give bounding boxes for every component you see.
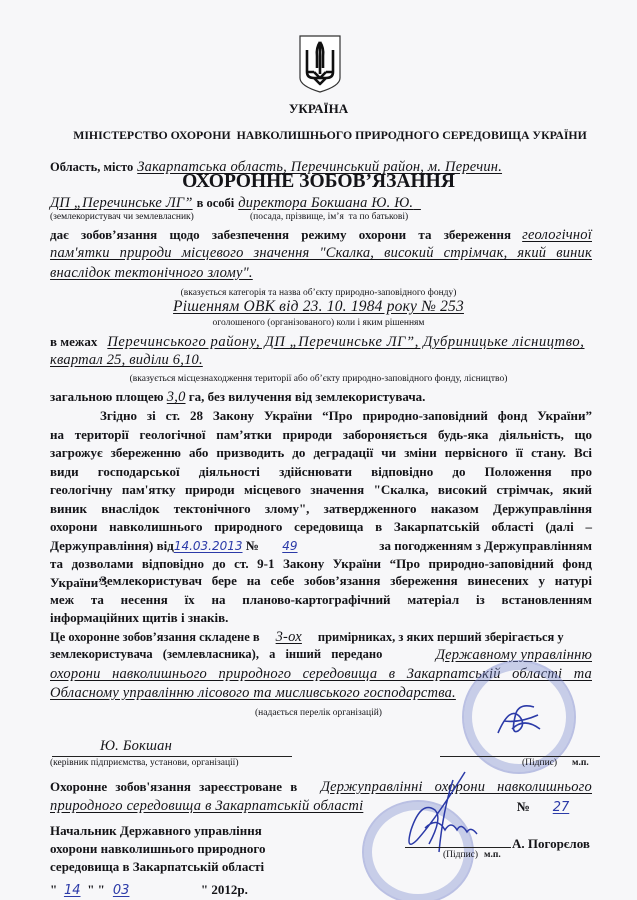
- head-signature-underline: [52, 756, 292, 757]
- paragraph-line: охорони навколишнього природного середов…: [50, 518, 592, 537]
- boundaries-paragraph: Землекористувач бере на себе зобов’язанн…: [50, 572, 592, 628]
- in-person-label: в особі: [197, 196, 235, 210]
- head-seal-label: м.п.: [572, 758, 589, 768]
- paragraph-line: інформаційних щитів і знаків.: [50, 609, 592, 628]
- head-signature-name: Ю. Бокшан: [100, 738, 172, 755]
- object-value-1: геологічної: [522, 226, 592, 245]
- handwritten-signature-1: [490, 695, 550, 740]
- trident-coat-of-arms-icon: [298, 34, 342, 94]
- head-sign-caption: (Підпис): [522, 758, 557, 768]
- obligation-line1: дає зобов’язання щодо забезпечення режим…: [50, 226, 592, 245]
- decision-caption: оголошеного (організованого) коли і яким…: [0, 318, 637, 328]
- chief-title-line: середовища в Закарпатській області: [50, 858, 265, 876]
- location-value-1: Перечинського району, ДП „Перечинське ЛГ…: [107, 334, 584, 350]
- registration-no-label: №: [517, 799, 530, 814]
- land-user-caption: (землекористувач чи землевласник): [50, 212, 194, 222]
- chief-date: "14" "03" 2012р.: [50, 882, 248, 898]
- date-month-handwritten: 03: [105, 883, 201, 898]
- registration-prefix: Охоронне зобов'язання зареєстроване в: [50, 779, 297, 796]
- order-suffix: за погодженням з Держуправлінням: [379, 537, 592, 556]
- chief-sign-line: [405, 847, 511, 848]
- paragraph-line: Землекористувач бере на себе зобов’язанн…: [50, 572, 592, 591]
- area-suffix: га, без вилучення від землекористувача.: [189, 389, 426, 404]
- chief-name: А. Погорєлов: [512, 836, 590, 852]
- order-prefix: Держуправління) від: [50, 538, 174, 553]
- party-line: ДП „Перечинське ЛГ” в особі директора Бо…: [50, 194, 421, 212]
- decision-value: Рішенням ОВК від 23. 10. 1984 року № 253: [0, 298, 637, 316]
- person-caption: (посада, прізвище, ім’я та по батькові): [250, 212, 408, 222]
- paragraph-line: на території геологічної пам’ятки природ…: [50, 426, 592, 445]
- order-date-handwritten: 14.03.2013: [174, 537, 246, 556]
- chief-seal-label: м.п.: [484, 850, 501, 860]
- country-title: УКРАЇНА: [0, 101, 637, 117]
- area-prefix: загальною площею: [50, 389, 164, 404]
- recipient-value-3: Обласному управлінню лісового та мисливс…: [50, 685, 456, 702]
- paragraph-line: геологічну пам'ятку природи місцевого зн…: [50, 481, 592, 500]
- chief-title-line: Начальник Державного управління: [50, 822, 265, 840]
- paragraph-line: види господарської діяльності здійснюват…: [50, 463, 592, 482]
- location-line1: в межах Перечинського району, ДП „Перечи…: [50, 333, 585, 351]
- date-day-handwritten: 14: [57, 883, 87, 898]
- chief-sign-caption: (Підпис): [443, 850, 478, 860]
- head-sign-line: [440, 756, 600, 757]
- registration-line2: природного середовища в Закарпатській об…: [50, 798, 592, 816]
- object-value-2: пам'ятки природи місцевого значення "Ска…: [50, 245, 592, 262]
- copies-suffix: примірниках, з яких перший зберігається …: [318, 630, 564, 644]
- law-paragraph: Згідно зі ст. 28 Закону України “Про при…: [50, 407, 592, 592]
- copies-count: 3-ох: [263, 628, 315, 647]
- ministry-title: МІНІСТЕРСТВО ОХОРОНИ НАВКОЛИШНЬОГО ПРИРО…: [30, 128, 630, 143]
- copies-line2-prefix: землекористувача (землевласника), а інши…: [50, 647, 382, 664]
- chief-title: Начальник Державного управління охорони …: [50, 822, 265, 876]
- copies-line1: Це охоронне зобов’язання складене в 3-ох…: [50, 628, 564, 647]
- order-number-handwritten: 49: [259, 537, 321, 556]
- order-no-label: №: [246, 538, 259, 553]
- registration-value-2: природного середовища в Закарпатській об…: [50, 798, 363, 816]
- location-caption: (вказується місцезнаходження території а…: [0, 374, 637, 384]
- paragraph-line: виник внаслідок тектонічного злому", зат…: [50, 500, 592, 519]
- paragraph-line: та дозволами відповідно до ст. 9-1 Закон…: [50, 555, 592, 574]
- location-label: в межах: [50, 334, 97, 349]
- location-value-2: квартал 25, виділи 6,10.: [50, 352, 203, 369]
- person-value: директора Бокшана Ю. Ю.: [238, 195, 413, 211]
- paragraph-line: меж та несення їх на планово-картографіч…: [50, 591, 592, 610]
- object-caption: (вказується категорія та назва об’єкту п…: [0, 288, 637, 298]
- order-line: Держуправління) від14.03.2013№49 за пого…: [50, 537, 592, 556]
- copies-prefix: Це охоронне зобов’язання складене в: [50, 630, 260, 644]
- chief-title-line: охорони навколишнього природного: [50, 840, 265, 858]
- area-value: 3,0: [167, 389, 186, 405]
- document-page: УКРАЇНА МІНІСТЕРСТВО ОХОРОНИ НАВКОЛИШНЬО…: [0, 0, 637, 900]
- registration-number-handwritten: 27: [530, 800, 592, 815]
- registration-line1: Охоронне зобов'язання зареєстроване в Де…: [50, 779, 592, 796]
- obligation-lead: дає зобов’язання щодо забезпечення режим…: [50, 226, 511, 245]
- date-year-suffix: р.: [237, 882, 247, 897]
- area-line: загальною площею 3,0 га, без вилучення в…: [50, 388, 425, 407]
- head-signature-caption: (керівник підприємства, установи, органі…: [50, 758, 239, 768]
- land-user-value: ДП „Перечинське ЛГ”: [50, 195, 193, 211]
- document-title: ОХОРОННЕ ЗОБОВ’ЯЗАННЯ: [0, 171, 637, 193]
- paragraph-line: Згідно зі ст. 28 Закону України “Про при…: [50, 407, 592, 426]
- object-value-3: внаслідок тектонічного злому".: [50, 265, 253, 282]
- paragraph-line: загрожує збереженню або призводить до де…: [50, 444, 592, 463]
- date-year: 2012: [211, 882, 237, 897]
